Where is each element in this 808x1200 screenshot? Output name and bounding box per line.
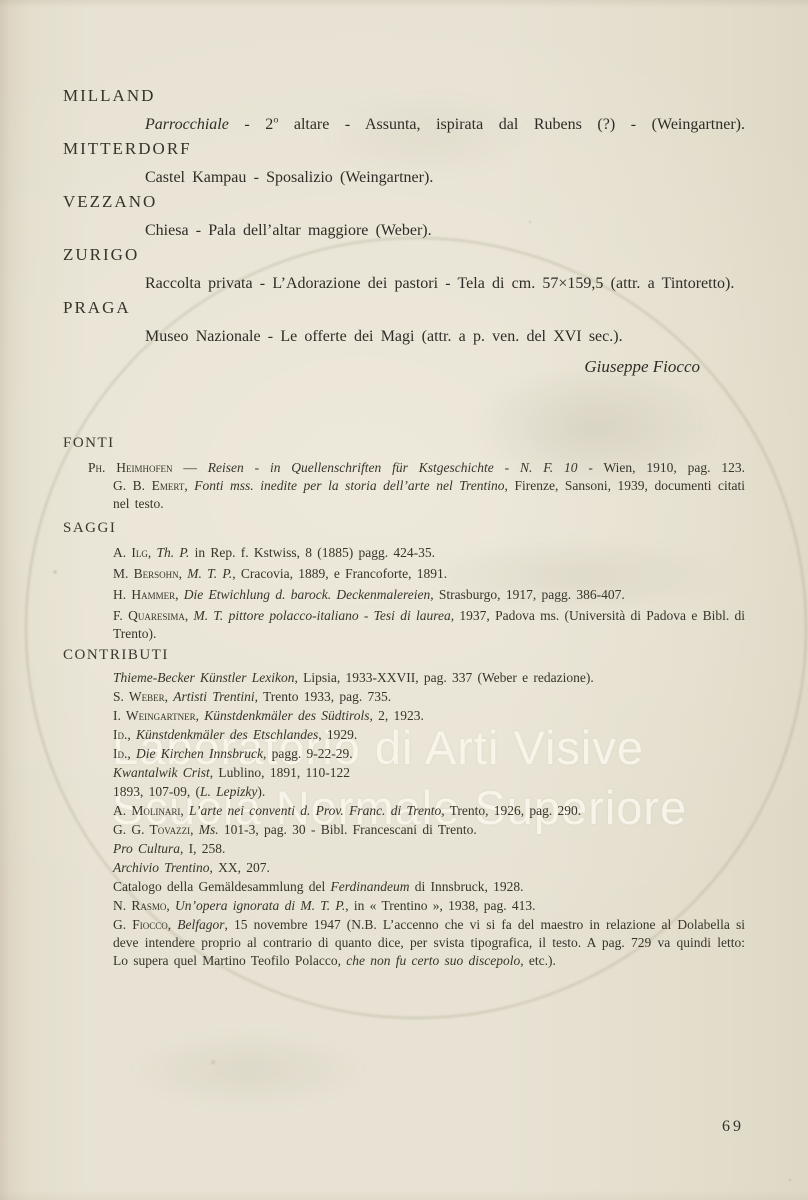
text-segment: Catalogo della Gemäldesammlung del [113,879,331,894]
text-segment: , [165,689,174,704]
page-content: MILLANDParrocchiale - 2o altare - Assunt… [63,86,745,971]
bibliography-entry: G. Fiocco, Belfagor, 15 novembre 1947 (N… [63,916,745,970]
text-segment: , [185,608,194,623]
text-segment: , I, 258. [180,841,225,856]
text-segment: Chiesa - Pala dell’altar maggiore (Weber… [145,222,432,239]
scanned-book-page: { "document": { "catalog": [ {"place": "… [0,0,808,1200]
entry-text: Chiesa - Pala dell’altar maggiore (Weber… [145,220,745,241]
text-segment: , XX, 207. [210,860,270,875]
text-segment: L. Lepizky [200,784,257,799]
bibliography-entry: Id., Die Kirchen Innsbruck, pagg. 9-22-2… [63,745,745,763]
bibliography-section: SAGGIA. Ilg, Th. P. in Rep. f. Kstwiss, … [63,519,745,643]
entry-text: Museo Nazionale - Le offerte dei Magi (a… [145,326,745,347]
catalog-entry: MITTERDORFCastel Kampau - Sposalizio (We… [63,139,745,188]
bibliography: FONTIPh. Heimhofen — Reisen - in Quellen… [63,434,745,970]
text-segment: , [148,545,157,560]
text-segment: Parrocchiale [145,116,229,133]
bibliography-section: FONTIPh. Heimhofen — Reisen - in Quellen… [63,434,745,513]
text-segment: Reisen - in Quellenschriften für Kstgesc… [208,460,578,475]
text-segment: L’arte nei conventi d. Prov. Franc. di T… [189,803,441,818]
text-segment: - Wien, 1910, pag. 123. [577,460,745,475]
place-heading: MILLAND [63,86,745,106]
text-segment: ). [257,784,265,799]
text-segment: Id. [113,727,127,742]
bibliography-section-heading: SAGGI [63,519,745,537]
text-segment: M. Bersohn [113,566,179,581]
text-segment: M. T. P. [187,566,232,581]
text-segment: Die Kirchen Innsbruck [136,746,263,761]
bibliography-entry: G. B. Emert, Fonti mss. inedite per la s… [63,477,745,513]
text-segment: , [168,917,178,932]
showthrough-ghost-blob [128,1032,368,1108]
text-segment: Un’opera ignorata di M. T. P. [175,898,345,913]
text-segment: , in « Trentino », 1938, pag. 413. [345,898,535,913]
text-segment: Id. [113,746,127,761]
text-segment: , Trento, 1926, pag. 290. [441,803,581,818]
bibliography-entry: Ph. Heimhofen — Reisen - in Quellenschri… [63,459,745,477]
bibliography-entry: Thieme-Becker Künstler Lexikon, Lipsia, … [63,669,745,687]
text-segment: Castel Kampau - Sposalizio (Weingartner)… [145,169,433,186]
entry-text: Parrocchiale - 2o altare - Assunta, ispi… [145,114,745,135]
text-segment: che non fu certo suo discepolo [346,953,520,968]
text-segment: , Lipsia, 1933-XXVII, pag. 337 (Weber e … [294,670,593,685]
text-segment: , [175,587,184,602]
text-segment: F. Quaresima [113,608,185,623]
bibliography-entry: 1893, 107-09, (L. Lepizky). [63,783,745,801]
text-segment: Th. P. [157,545,190,560]
place-heading: ZURIGO [63,245,745,265]
text-segment: , [180,803,189,818]
text-segment: , Lublino, 1891, 110-122 [210,765,350,780]
bibliography-entry: Pro Cultura, I, 258. [63,840,745,858]
text-segment: Die Etwichlung d. barock. Deckenmalereie… [184,587,430,602]
text-segment: , [190,822,199,837]
text-segment: Künstdenkmäler des Etschlandes [136,727,318,742]
bibliography-entry: N. Rasmo, Un’opera ignorata di M. T. P.,… [63,897,745,915]
text-segment: Artisti Trentini [173,689,254,704]
bibliography-entry: G. G. Tovazzi, Ms. 101-3, pag. 30 - Bibl… [63,821,745,839]
place-heading: PRAGA [63,298,745,318]
text-segment: A. Ilg [113,545,148,560]
text-segment: N. Rasmo [113,898,166,913]
text-segment: , [184,478,194,493]
bibliography-section-heading: FONTI [63,434,745,452]
bibliography-entry: S. Weber, Artisti Trentini, Trento 1933,… [63,688,745,706]
text-segment: G. G. Tovazzi [113,822,190,837]
catalog-entry: PRAGAMuseo Nazionale - Le offerte dei Ma… [63,298,745,347]
text-segment: , 2, 1923. [370,708,424,723]
bibliography-entry: Id., Künstdenkmäler des Etschlandes, 192… [63,726,745,744]
bibliography-entry: M. Bersohn, M. T. P., Cracovia, 1889, e … [63,565,745,583]
text-segment: Kwantalwik Crist [113,765,210,780]
entry-text: Raccolta privata - L’Adorazione dei past… [145,273,745,294]
text-segment: G. B. Emert [113,478,184,493]
text-segment: Thieme-Becker Künstler Lexikon [113,670,294,685]
bibliography-entry: Catalogo della Gemäldesammlung del Ferdi… [63,878,745,896]
text-segment: altare - Assunta, ispirata dal Rubens (?… [278,116,745,133]
author-signature: Giuseppe Fiocco [63,356,700,378]
text-segment: — [173,460,208,475]
text-segment: , [127,746,136,761]
text-segment: M. T. pittore polacco-italiano - Tesi di… [194,608,451,623]
text-segment: , [179,566,188,581]
text-segment: , [196,708,205,723]
text-segment: di Innsbruck, 1928. [410,879,524,894]
text-segment: Ferdinandeum [331,879,410,894]
bibliography-section-heading: CONTRIBUTI [63,646,745,664]
text-segment: in Rep. f. Kstwiss, 8 (1885) pagg. 424-3… [189,545,435,560]
entry-text: Castel Kampau - Sposalizio (Weingartner)… [145,167,745,188]
catalog-entry: MILLANDParrocchiale - 2o altare - Assunt… [63,86,745,135]
bibliography-entry: Kwantalwik Crist, Lublino, 1891, 110-122 [63,764,745,782]
text-segment: H. Hammer [113,587,175,602]
bibliography-entry: I. Weingartner, Künstdenkmäler des Südti… [63,707,745,725]
text-segment: S. Weber [113,689,165,704]
catalog-list: MILLANDParrocchiale - 2o altare - Assunt… [63,86,745,347]
catalog-entry: VEZZANOChiesa - Pala dell’altar maggiore… [63,192,745,241]
text-segment: , 1929. [318,727,357,742]
text-segment: , [127,727,136,742]
text-segment: , pagg. 9-22-29. [263,746,353,761]
text-segment: , [166,898,175,913]
text-segment: Belfagor [177,917,224,932]
text-segment: 1893, 107-09, ( [113,784,200,799]
place-heading: MITTERDORF [63,139,745,159]
text-segment: , Cracovia, 1889, e Francoforte, 1891. [232,566,447,581]
text-segment: , Strasburgo, 1917, pagg. 386-407. [430,587,624,602]
text-segment: - 2 [229,116,273,133]
text-segment: Ms. [199,822,219,837]
place-heading: VEZZANO [63,192,745,212]
text-segment: 101-3, pag. 30 - Bibl. Francescani di Tr… [219,822,477,837]
bibliography-entry: H. Hammer, Die Etwichlung d. barock. Dec… [63,586,745,604]
text-segment: Pro Cultura [113,841,180,856]
text-segment: , etc.). [520,953,556,968]
text-segment: Ph. Heimhofen [88,460,173,475]
bibliography-entry: Archivio Trentino, XX, 207. [63,859,745,877]
bibliography-entry: A. Molinari, L’arte nei conventi d. Prov… [63,802,745,820]
text-segment: Raccolta privata - L’Adorazione dei past… [145,275,734,292]
bibliography-entry: A. Ilg, Th. P. in Rep. f. Kstwiss, 8 (18… [63,544,745,562]
text-segment: Fonti mss. inedite per la storia dell’ar… [194,478,504,493]
text-segment: I. Weingartner [113,708,196,723]
bibliography-section: CONTRIBUTIThieme-Becker Künstler Lexikon… [63,646,745,970]
text-segment: , Trento 1933, pag. 735. [255,689,392,704]
text-segment: Archivio Trentino [113,860,210,875]
text-segment: A. Molinari [113,803,180,818]
text-segment: Museo Nazionale - Le offerte dei Magi (a… [145,328,623,345]
text-segment: Künstdenkmäler des Südtirols [204,708,369,723]
text-segment: G. Fiocco [113,917,168,932]
page-number: 69 [722,1118,744,1136]
catalog-entry: ZURIGORaccolta privata - L’Adorazione de… [63,245,745,294]
bibliography-entry: F. Quaresima, M. T. pittore polacco-ital… [63,607,745,643]
